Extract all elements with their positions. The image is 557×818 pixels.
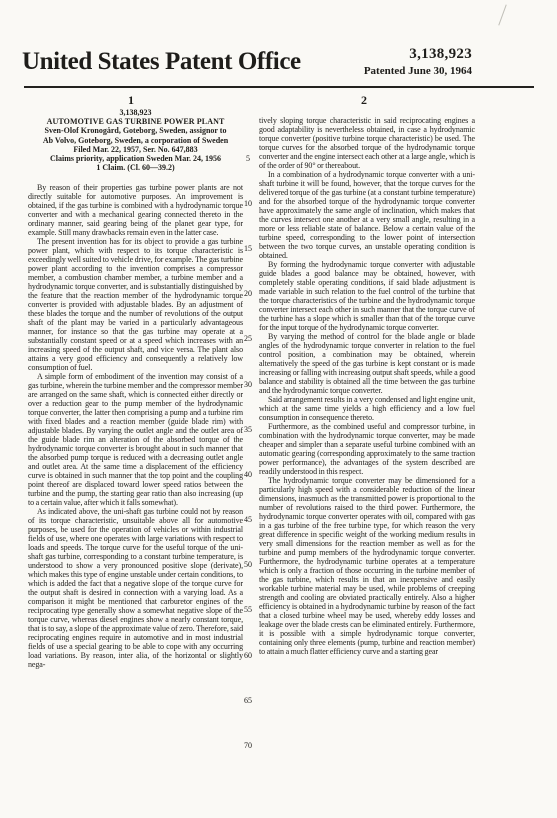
line-number: 20	[240, 289, 256, 298]
line-number: 70	[240, 741, 256, 750]
assignor-line-1: Sven-Olof Kronogård, Goteborg, Sweden, a…	[28, 126, 243, 135]
line-number: 50	[240, 560, 256, 569]
paragraph: In a combination of a hydrodynamic torqu…	[259, 170, 475, 260]
scan-artifact	[498, 4, 506, 25]
paragraph: A simple form of embodiment of the inven…	[28, 372, 243, 507]
invention-title: AUTOMOTIVE GAS TURBINE POWER PLANT	[28, 117, 243, 126]
column-1-marker: 1	[128, 93, 134, 108]
line-number-gutter: 5 10 15 20 25 30 35 40 45 50 55 60 65 70	[240, 0, 256, 818]
paragraph: Furthermore, as the combined useful and …	[259, 422, 475, 476]
patent-date: Patented June 30, 1964	[292, 65, 472, 77]
line-number: 40	[240, 470, 256, 479]
line-number: 30	[240, 380, 256, 389]
paragraph: Said arrangement results in a very conde…	[259, 395, 475, 422]
priority-line: Claims priority, application Sweden Mar.…	[28, 154, 243, 163]
column-2: tively sloping torque characteristic in …	[259, 116, 475, 816]
line-number: 55	[240, 605, 256, 614]
column-1: 3,138,923 AUTOMOTIVE GAS TURBINE POWER P…	[28, 108, 243, 814]
paragraph: tively sloping torque characteristic in …	[259, 116, 475, 170]
paragraph: The hydrodynamic torque converter may be…	[259, 476, 475, 656]
paragraph: By varying the method of control for the…	[259, 332, 475, 395]
claims-line: 1 Claim. (Cl. 60—39.2)	[28, 163, 243, 172]
line-number: 15	[240, 244, 256, 253]
paragraph: The present invention has for its object…	[28, 237, 243, 372]
assignor-line-2: Ab Volvo, Goteborg, Sweden, a corporatio…	[28, 136, 243, 145]
filed-line: Filed Mar. 22, 1957, Ser. No. 647,883	[28, 145, 243, 154]
line-number: 65	[240, 696, 256, 705]
patent-number: 3,138,923	[292, 46, 472, 63]
line-number: 25	[240, 334, 256, 343]
header-right-block: 3,138,923 Patented June 30, 1964	[292, 46, 472, 77]
header-rule	[24, 86, 534, 88]
patent-office-title: United States Patent Office	[22, 48, 301, 76]
patent-page: United States Patent Office 3,138,923 Pa…	[0, 0, 557, 818]
column-2-marker: 2	[361, 93, 367, 108]
title-block: 3,138,923 AUTOMOTIVE GAS TURBINE POWER P…	[28, 108, 243, 172]
line-number: 5	[240, 154, 256, 163]
title-block-patent-number: 3,138,923	[28, 108, 243, 117]
paragraph: By forming the hydrodynamic torque conve…	[259, 260, 475, 332]
paragraph: By reason of their properties gas turbin…	[28, 183, 243, 237]
line-number: 45	[240, 515, 256, 524]
line-number: 10	[240, 199, 256, 208]
line-number: 35	[240, 425, 256, 434]
paragraph: As indicated above, the uni-shaft gas tu…	[28, 507, 243, 669]
line-number: 60	[240, 651, 256, 660]
